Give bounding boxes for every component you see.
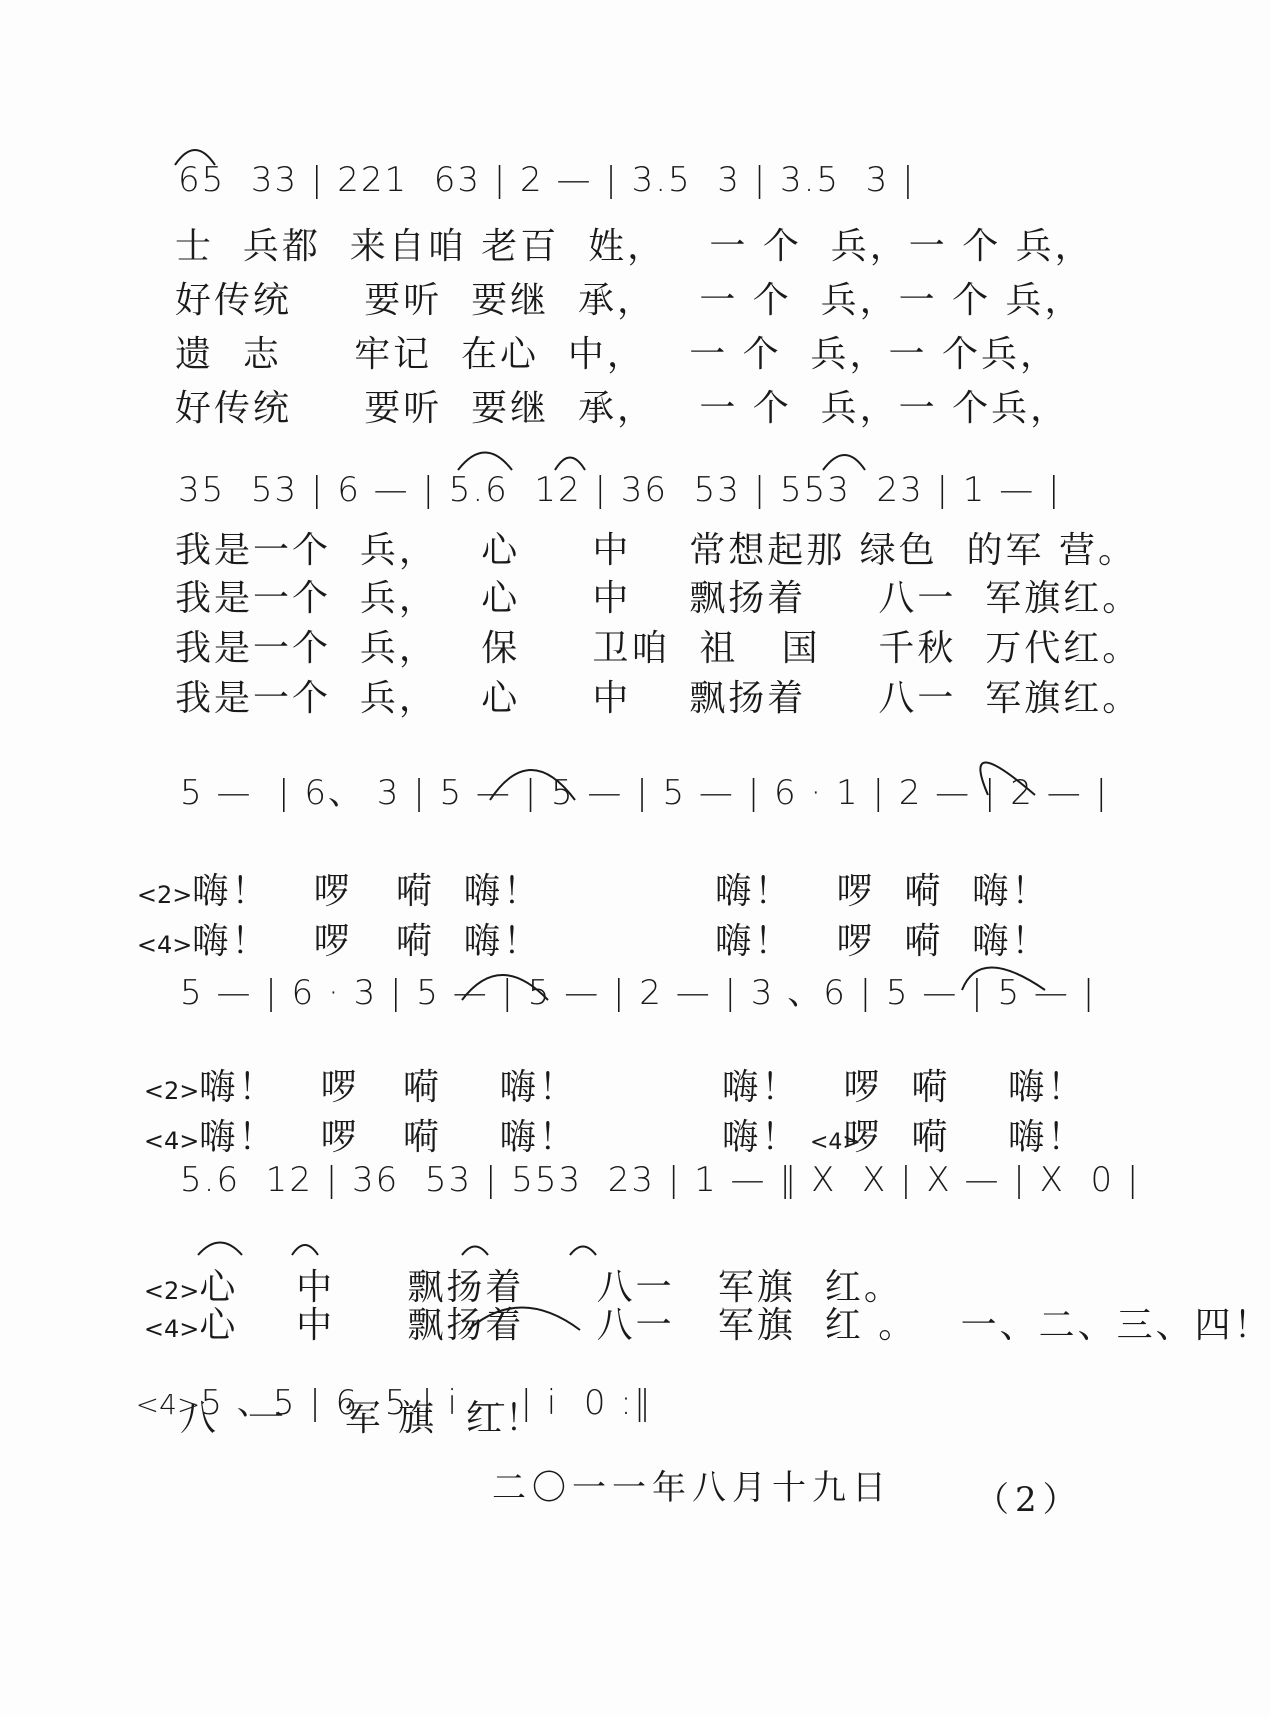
lyric-line-3-verse-4: <4>嗨！ 啰 嗬 嗨！ 嗨！ 啰 嗬 嗨！ <box>108 872 1050 964</box>
notation-line-3: 5 — | 6、 3 | 5 — | 5 — | 5 — | 6 · 1 | 2… <box>180 765 1109 814</box>
lyric-line-6: 八 一 军 旗 红！ <box>180 1390 544 1441</box>
lyric-line-1-verse-1: 士 兵都 来自咱 老百 姓， 一 个 兵，一 个 兵， <box>175 218 1094 269</box>
notation-line-4: 5 — | 6 · 3 | 5 — | 5 — | 2 — | 3 、6 | 5… <box>180 965 1096 1014</box>
notation-line-2: 35 53 | 6 — | 5.6 12 | 36 53 | 553 23 | … <box>178 470 1062 510</box>
lyric-line-2-verse-1: 我是一个 兵， 心 中 常想起那 绿色 的军 营。 <box>175 522 1137 573</box>
lyric-line-2-verse-4: 我是一个 兵， 心 中 飘扬着 八一 军旗红。 <box>175 670 1141 721</box>
notation-line-5: 5.6 12 | 36 53 | 553 23 | 1 — ‖ X X | X … <box>180 1160 1140 1200</box>
verse-4-marker: <4> <box>810 1130 861 1155</box>
date-text: 二〇一一年八月十九日 <box>492 1460 892 1509</box>
slur-icon <box>555 458 585 471</box>
lyric-line-1-verse-2: 好传统 要听 要继 承， 一 个 兵，一 个 兵， <box>175 272 1084 323</box>
lyric-line-1-verse-3: 遗 志 牢记 在心 中， 一 个 兵，一 个兵， <box>175 326 1059 377</box>
slur-icon <box>458 453 512 471</box>
lyric-line-1-verse-4: 好传统 要听 要继 承， 一 个 兵，一 个兵， <box>175 380 1069 431</box>
lyric-line-2-verse-2: 我是一个 兵， 心 中 飘扬着 八一 军旗红。 <box>175 570 1141 621</box>
verse-label: <4> <box>144 1127 200 1155</box>
verse-label: <4> <box>137 931 193 959</box>
notation-line-1: 65 33 | 221 63 | 2 — | 3.5 3 | 3.5 3 | <box>178 160 916 200</box>
lyric-line-4-verse-4: <4>嗨！ 啰 嗬 嗨！ 嗨！ 啰 嗬 嗨！ <box>115 1068 1086 1160</box>
lyric-text: 嗨！ 啰 嗬 嗨！ 嗨！ 啰 嗬 嗨！ <box>199 1117 1086 1158</box>
lyric-text: 嗨！ 啰 嗬 嗨！ 嗨！ 啰 嗬 嗨！ <box>192 921 1050 962</box>
lyric-line-2-verse-3: 我是一个 兵， 保 卫咱 祖 国 千秋 万代红。 <box>175 620 1141 671</box>
slur-icon <box>823 455 865 470</box>
page-number: （2） <box>975 1472 1083 1521</box>
